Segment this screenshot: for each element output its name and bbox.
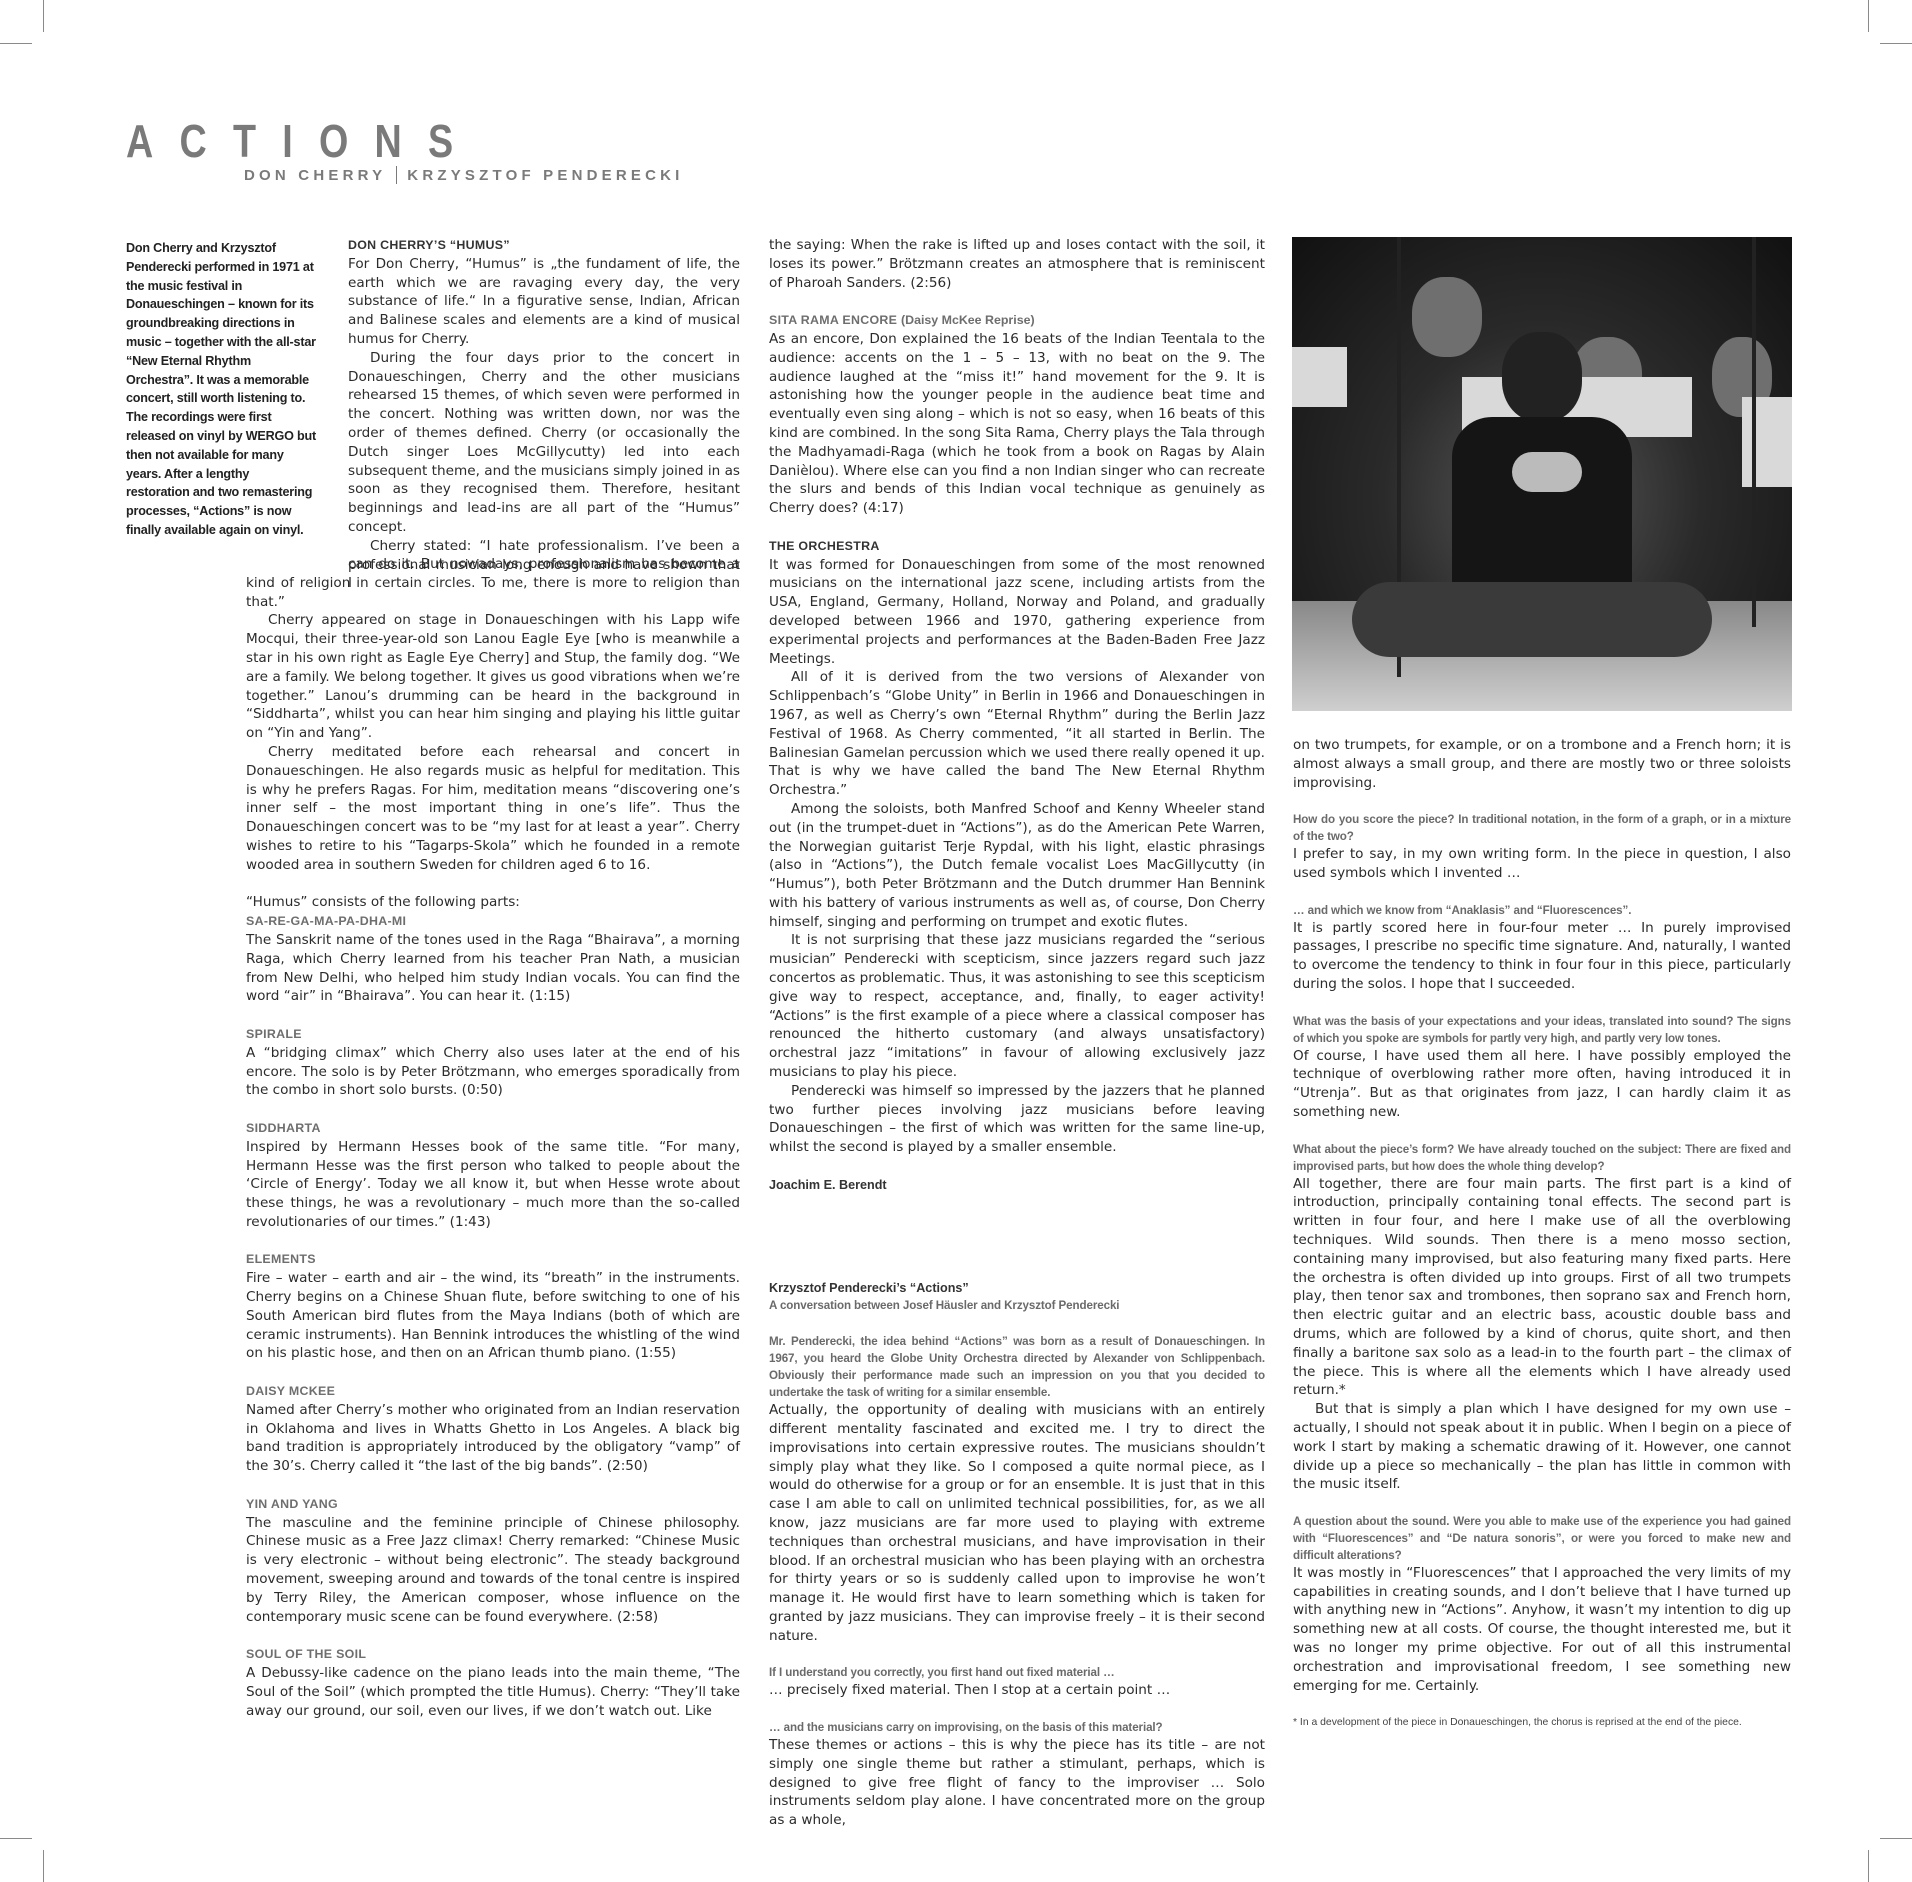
music-stand xyxy=(1742,397,1792,487)
paragraph: Among the soloists, both Manfred Schoof … xyxy=(769,800,1265,932)
interview-answer: on two trumpets, for example, or on a tr… xyxy=(1293,736,1791,792)
part-title: SPIRALE xyxy=(246,1025,740,1044)
intro-text: Don Cherry and Krzysztof Penderecki perf… xyxy=(126,239,316,540)
paragraph: Penderecki was himself so impressed by t… xyxy=(769,1082,1265,1157)
column-2: the saying: When the rake is lifted up a… xyxy=(769,236,1265,1830)
interview-answer: Of course, I have used them all here. I … xyxy=(1293,1047,1791,1122)
crop-mark xyxy=(1868,1850,1869,1882)
part-title: DAISY MCKEE xyxy=(246,1382,740,1401)
crop-mark xyxy=(43,1850,44,1882)
part-text: Named after Cherry’s mother who originat… xyxy=(246,1401,740,1476)
paragraph: During the four days prior to the concer… xyxy=(348,349,740,537)
concert-photo xyxy=(1292,237,1792,711)
paragraph: can do it. But nowadays, professionalism… xyxy=(246,555,740,611)
interview-question: What about the piece’s form? We have alr… xyxy=(1293,1141,1791,1175)
interview-question: What was the basis of your expectations … xyxy=(1293,1013,1791,1047)
paragraph: It is not surprising that these jazz mus… xyxy=(769,931,1265,1081)
part-text: A “bridging climax” which Cherry also us… xyxy=(246,1044,740,1100)
artist-name: DON CHERRY xyxy=(244,167,386,184)
part-title: ELEMENTS xyxy=(246,1250,740,1269)
part-title: SITA RAMA ENCORE (Daisy McKee Reprise) xyxy=(769,311,1265,330)
author-signature: Joachim E. Berendt xyxy=(769,1176,1265,1195)
part-text: Fire – water – earth and air – the wind,… xyxy=(246,1269,740,1363)
interview-answer: These themes or actions – this is why th… xyxy=(769,1736,1265,1830)
section-heading: DON CHERRY’S “HUMUS” xyxy=(348,236,740,255)
interview-question: … and the musicians carry on improvising… xyxy=(769,1719,1265,1736)
performer-head xyxy=(1502,332,1582,422)
interview-title: Krzysztof Penderecki’s “Actions” xyxy=(769,1279,1265,1298)
paragraph: Cherry appeared on stage in Donauesching… xyxy=(246,611,740,743)
mic-stand xyxy=(1752,237,1756,627)
paragraph: “Humus” consists of the following parts: xyxy=(246,893,740,912)
column-1: DON CHERRY’S “HUMUS” For Don Cherry, “Hu… xyxy=(348,236,740,593)
interview-question: How do you score the piece? In tradition… xyxy=(1293,811,1791,845)
interview-question: If I understand you correctly, you first… xyxy=(769,1664,1265,1681)
footnote: * In a development of the piece in Donau… xyxy=(1293,1714,1791,1733)
section-heading: THE ORCHESTRA xyxy=(769,537,1265,556)
paragraph: It was formed for Donaueschingen from so… xyxy=(769,556,1265,669)
part-title-sub: (Daisy McKee Reprise) xyxy=(901,313,1035,327)
divider xyxy=(396,166,397,184)
column-1-wide: can do it. But nowadays, professionalism… xyxy=(246,555,740,1720)
interview-answer: It was mostly in “Fluorescences” that I … xyxy=(1293,1564,1791,1696)
paragraph: Cherry meditated before each rehearsal a… xyxy=(246,743,740,875)
part-title: SA-RE-GA-MA-PA-DHA-MI xyxy=(246,912,740,931)
trumpet xyxy=(1512,452,1582,492)
interview-subtitle: A conversation between Josef Häusler and… xyxy=(769,1297,1265,1314)
part-text: The Sanskrit name of the tones used in t… xyxy=(246,931,740,1006)
part-title: YIN AND YANG xyxy=(246,1495,740,1514)
interview-answer: I prefer to say, in my own writing form.… xyxy=(1293,845,1791,883)
part-title: SOUL OF THE SOIL xyxy=(246,1645,740,1664)
music-stand xyxy=(1292,347,1347,407)
crop-mark xyxy=(43,0,44,32)
paragraph: the saying: When the rake is lifted up a… xyxy=(769,236,1265,292)
interview-question: Mr. Penderecki, the idea behind “Actions… xyxy=(769,1333,1265,1401)
crop-mark xyxy=(1880,43,1912,44)
part-title: SIDDHARTA xyxy=(246,1119,740,1138)
part-text: Inspired by Hermann Hesses book of the s… xyxy=(246,1138,740,1232)
crop-mark xyxy=(1868,0,1869,32)
paragraph: All of it is derived from the two versio… xyxy=(769,668,1265,800)
part-text: As an encore, Don explained the 16 beats… xyxy=(769,330,1265,518)
paragraph: For Don Cherry, “Humus” is „the fundamen… xyxy=(348,255,740,349)
crop-mark xyxy=(0,43,32,44)
interview-answer: All together, there are four main parts.… xyxy=(1293,1175,1791,1401)
page-title: ACTIONS xyxy=(126,118,479,164)
crop-mark xyxy=(0,1838,32,1839)
part-text: The masculine and the feminine principle… xyxy=(246,1514,740,1627)
interview-answer: But that is simply a plan which I have d… xyxy=(1293,1400,1791,1494)
performer-legs xyxy=(1352,582,1712,657)
page-subtitle: DON CHERRYKRZYSZTOF PENDERECKI xyxy=(244,166,684,184)
composer-name: KRZYSZTOF PENDERECKI xyxy=(407,167,683,184)
interview-answer: … precisely fixed material. Then I stop … xyxy=(769,1681,1265,1700)
part-text: A Debussy-like cadence on the piano lead… xyxy=(246,1664,740,1720)
interview-answer: Actually, the opportunity of dealing wit… xyxy=(769,1401,1265,1645)
interview-question: A question about the sound. Were you abl… xyxy=(1293,1513,1791,1564)
interview-question: … and which we know from “Anaklasis” and… xyxy=(1293,902,1791,919)
column-3: on two trumpets, for example, or on a tr… xyxy=(1293,736,1791,1733)
interview-answer: It is partly scored here in four-four me… xyxy=(1293,919,1791,994)
crop-mark xyxy=(1880,1838,1912,1839)
part-title-main: SITA RAMA ENCORE xyxy=(769,313,897,327)
